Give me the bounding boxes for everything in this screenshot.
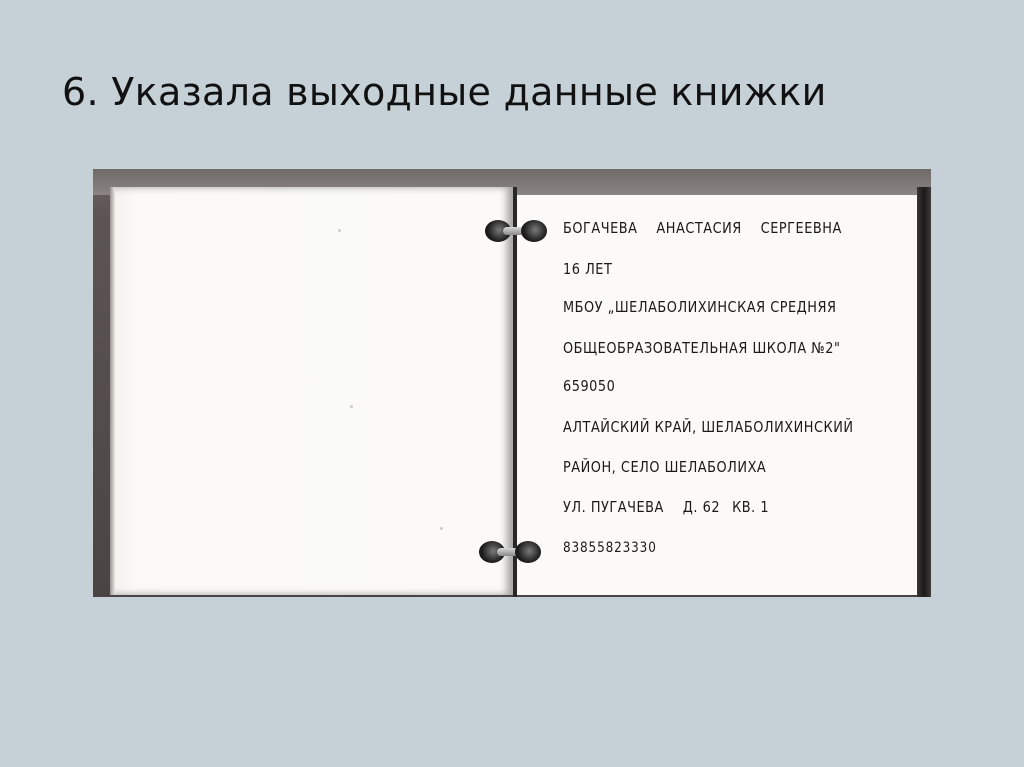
right-page bbox=[517, 195, 917, 595]
paper-speck bbox=[338, 229, 341, 232]
paper-speck bbox=[440, 527, 443, 530]
phone-number-line: 83855823330 bbox=[563, 540, 657, 556]
author-name-line: БогачеваАнастасияСергеевна bbox=[563, 219, 842, 237]
street: ул. Пугачева bbox=[563, 498, 664, 516]
slide-title: 6. Указала выходные данные книжки bbox=[62, 70, 827, 114]
author-first-name: Анастасия bbox=[656, 219, 741, 237]
author-age-line: 16 лет bbox=[563, 260, 612, 278]
house-number: д. 62 bbox=[683, 498, 720, 516]
paper-speck bbox=[350, 405, 353, 408]
binder-ring-icon bbox=[485, 220, 547, 242]
school-line-1: МБОУ „Шелаболихинская средняя bbox=[563, 298, 836, 316]
district-line: район, село Шелаболиха bbox=[563, 458, 766, 476]
binder-ring-icon bbox=[479, 541, 541, 563]
left-page bbox=[110, 187, 513, 595]
apartment-number: кв. 1 bbox=[732, 498, 769, 516]
postal-code-line: 659050 bbox=[563, 377, 615, 395]
author-patronymic: Сергеевна bbox=[761, 219, 842, 237]
school-line-2: общеобразовательная школа №2" bbox=[563, 339, 840, 357]
booklet-photo: БогачеваАнастасияСергеевна 16 лет МБОУ „… bbox=[93, 169, 931, 597]
street-address-line: ул. Пугачевад. 62кв. 1 bbox=[563, 498, 769, 516]
author-surname: Богачева bbox=[563, 219, 637, 237]
region-line: Алтайский край, Шелаболихинский bbox=[563, 418, 854, 436]
left-page-edge bbox=[110, 187, 115, 595]
photo-right-border bbox=[917, 187, 931, 597]
